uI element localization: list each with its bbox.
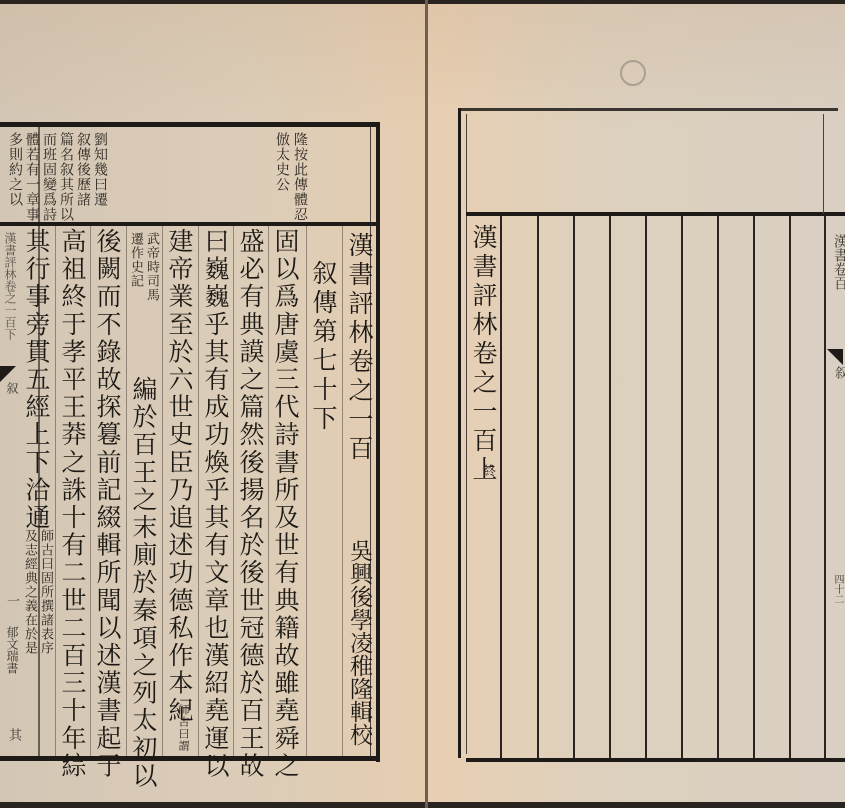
column-rule — [268, 226, 269, 756]
column-rule — [824, 216, 826, 758]
interlinear-note: 遷作史記 — [128, 232, 142, 288]
gutter-page-number: 四十二 — [830, 574, 845, 604]
book-spine-fold — [425, 0, 428, 808]
column-rule — [198, 226, 199, 756]
end-mark: 終 — [480, 464, 494, 478]
paper-stain — [0, 4, 425, 124]
interlinear-note: 及志經典之義在於是 — [22, 529, 36, 655]
header-frame-right — [376, 122, 380, 762]
frame-left — [458, 108, 461, 758]
text-column: 建帝業至於六世史臣乃追述功德私作本紀 — [166, 228, 192, 725]
column-rule — [717, 216, 719, 758]
frame-bottom — [466, 758, 845, 762]
column-rule — [753, 216, 755, 758]
fish-tail-mark — [827, 349, 843, 365]
interlinear-note: 師古曰謂 — [177, 704, 189, 752]
gutter-fish-tail-label: 叙 — [4, 382, 21, 394]
text-column: 固以爲唐虞三代詩書所及世有典籍故雖堯舜之 — [272, 228, 298, 780]
gutter-label: 漢書卷百 — [830, 234, 845, 290]
header-frame-bottom — [0, 222, 380, 226]
text-column: 其行事旁貫五經上下洽通 — [23, 228, 49, 532]
header-frame-top — [458, 108, 838, 111]
column-rule — [233, 226, 234, 756]
left-page: 隆按此傳體忍 倣太史公 劉知幾曰遷 叙傳後歷諸 篇名叙其所以 而班固變爲詩 體若… — [0, 4, 425, 802]
text-column: 盛必有典謨之篇然後揚名於後世冠德於百王故 — [237, 228, 263, 780]
gutter-printer: 郁文瑞書 — [4, 626, 21, 674]
column-rule — [306, 226, 307, 756]
header-note: 劉知幾曰遷 — [92, 132, 107, 207]
header-note: 叙傳後歷諸 — [75, 132, 90, 207]
text-column: 高祖終于孝平王莽之誅十有二世二百三十年綜 — [59, 228, 85, 780]
header-note: 體若有一章事 — [24, 132, 39, 222]
column-rule — [573, 216, 575, 758]
column-rule — [126, 226, 127, 756]
header-note: 隆按此傳體忍 — [292, 132, 307, 222]
text-column: 編於百王之末廁於秦項之列太初以 — [130, 376, 156, 790]
column-rule — [500, 216, 502, 758]
header-note: 篇名叙其所以 — [58, 132, 73, 222]
frame-inner-left — [466, 114, 467, 754]
ink-blot — [620, 60, 646, 86]
interlinear-note: 武帝時司馬 — [144, 232, 158, 302]
chapter-title: 叙傳第七十下 — [310, 260, 336, 434]
column-rule — [609, 216, 611, 758]
volume-title-end: 漢書評林卷之一百上 — [470, 224, 496, 485]
header-frame-top — [0, 122, 380, 127]
frame-bottom — [0, 756, 380, 761]
column-rule — [55, 226, 56, 756]
header-frame-right — [823, 114, 824, 214]
column-rule — [789, 216, 791, 758]
column-rule — [681, 216, 683, 758]
editor-credit: 吳興後學凌稚隆輯校 — [346, 539, 372, 746]
column-rule — [645, 216, 647, 758]
text-column: 曰巍巍乎其有成功煥乎其有文章也漢紹堯運以 — [202, 228, 228, 780]
text-column: 後闕而不錄故探篹前記綴輯所聞以述漢書起于 — [94, 228, 120, 780]
header-note: 多則約之以 — [7, 132, 22, 207]
header-note: 而班固變爲詩 — [41, 132, 56, 222]
volume-title: 漢書評林卷之一百 — [346, 232, 372, 464]
gutter-label: 漢書評林卷之一百下 — [2, 232, 19, 340]
interlinear-note: 師古曰固所撰諸表序 — [38, 529, 52, 655]
column-rule — [537, 216, 539, 758]
column-rule — [342, 226, 343, 756]
gutter-page-number: 一 — [2, 594, 21, 607]
right-page: 漢書評林卷之一百上 終 漢書卷百 叙 四十二 — [428, 4, 845, 802]
column-rule — [90, 226, 91, 756]
fish-tail-mark — [0, 366, 16, 382]
gutter-fish-tail-label: 叙 — [830, 366, 845, 379]
header-note: 倣太史公 — [274, 132, 289, 192]
column-rule — [162, 226, 163, 756]
gutter-bottom-char: 其 — [4, 728, 23, 741]
